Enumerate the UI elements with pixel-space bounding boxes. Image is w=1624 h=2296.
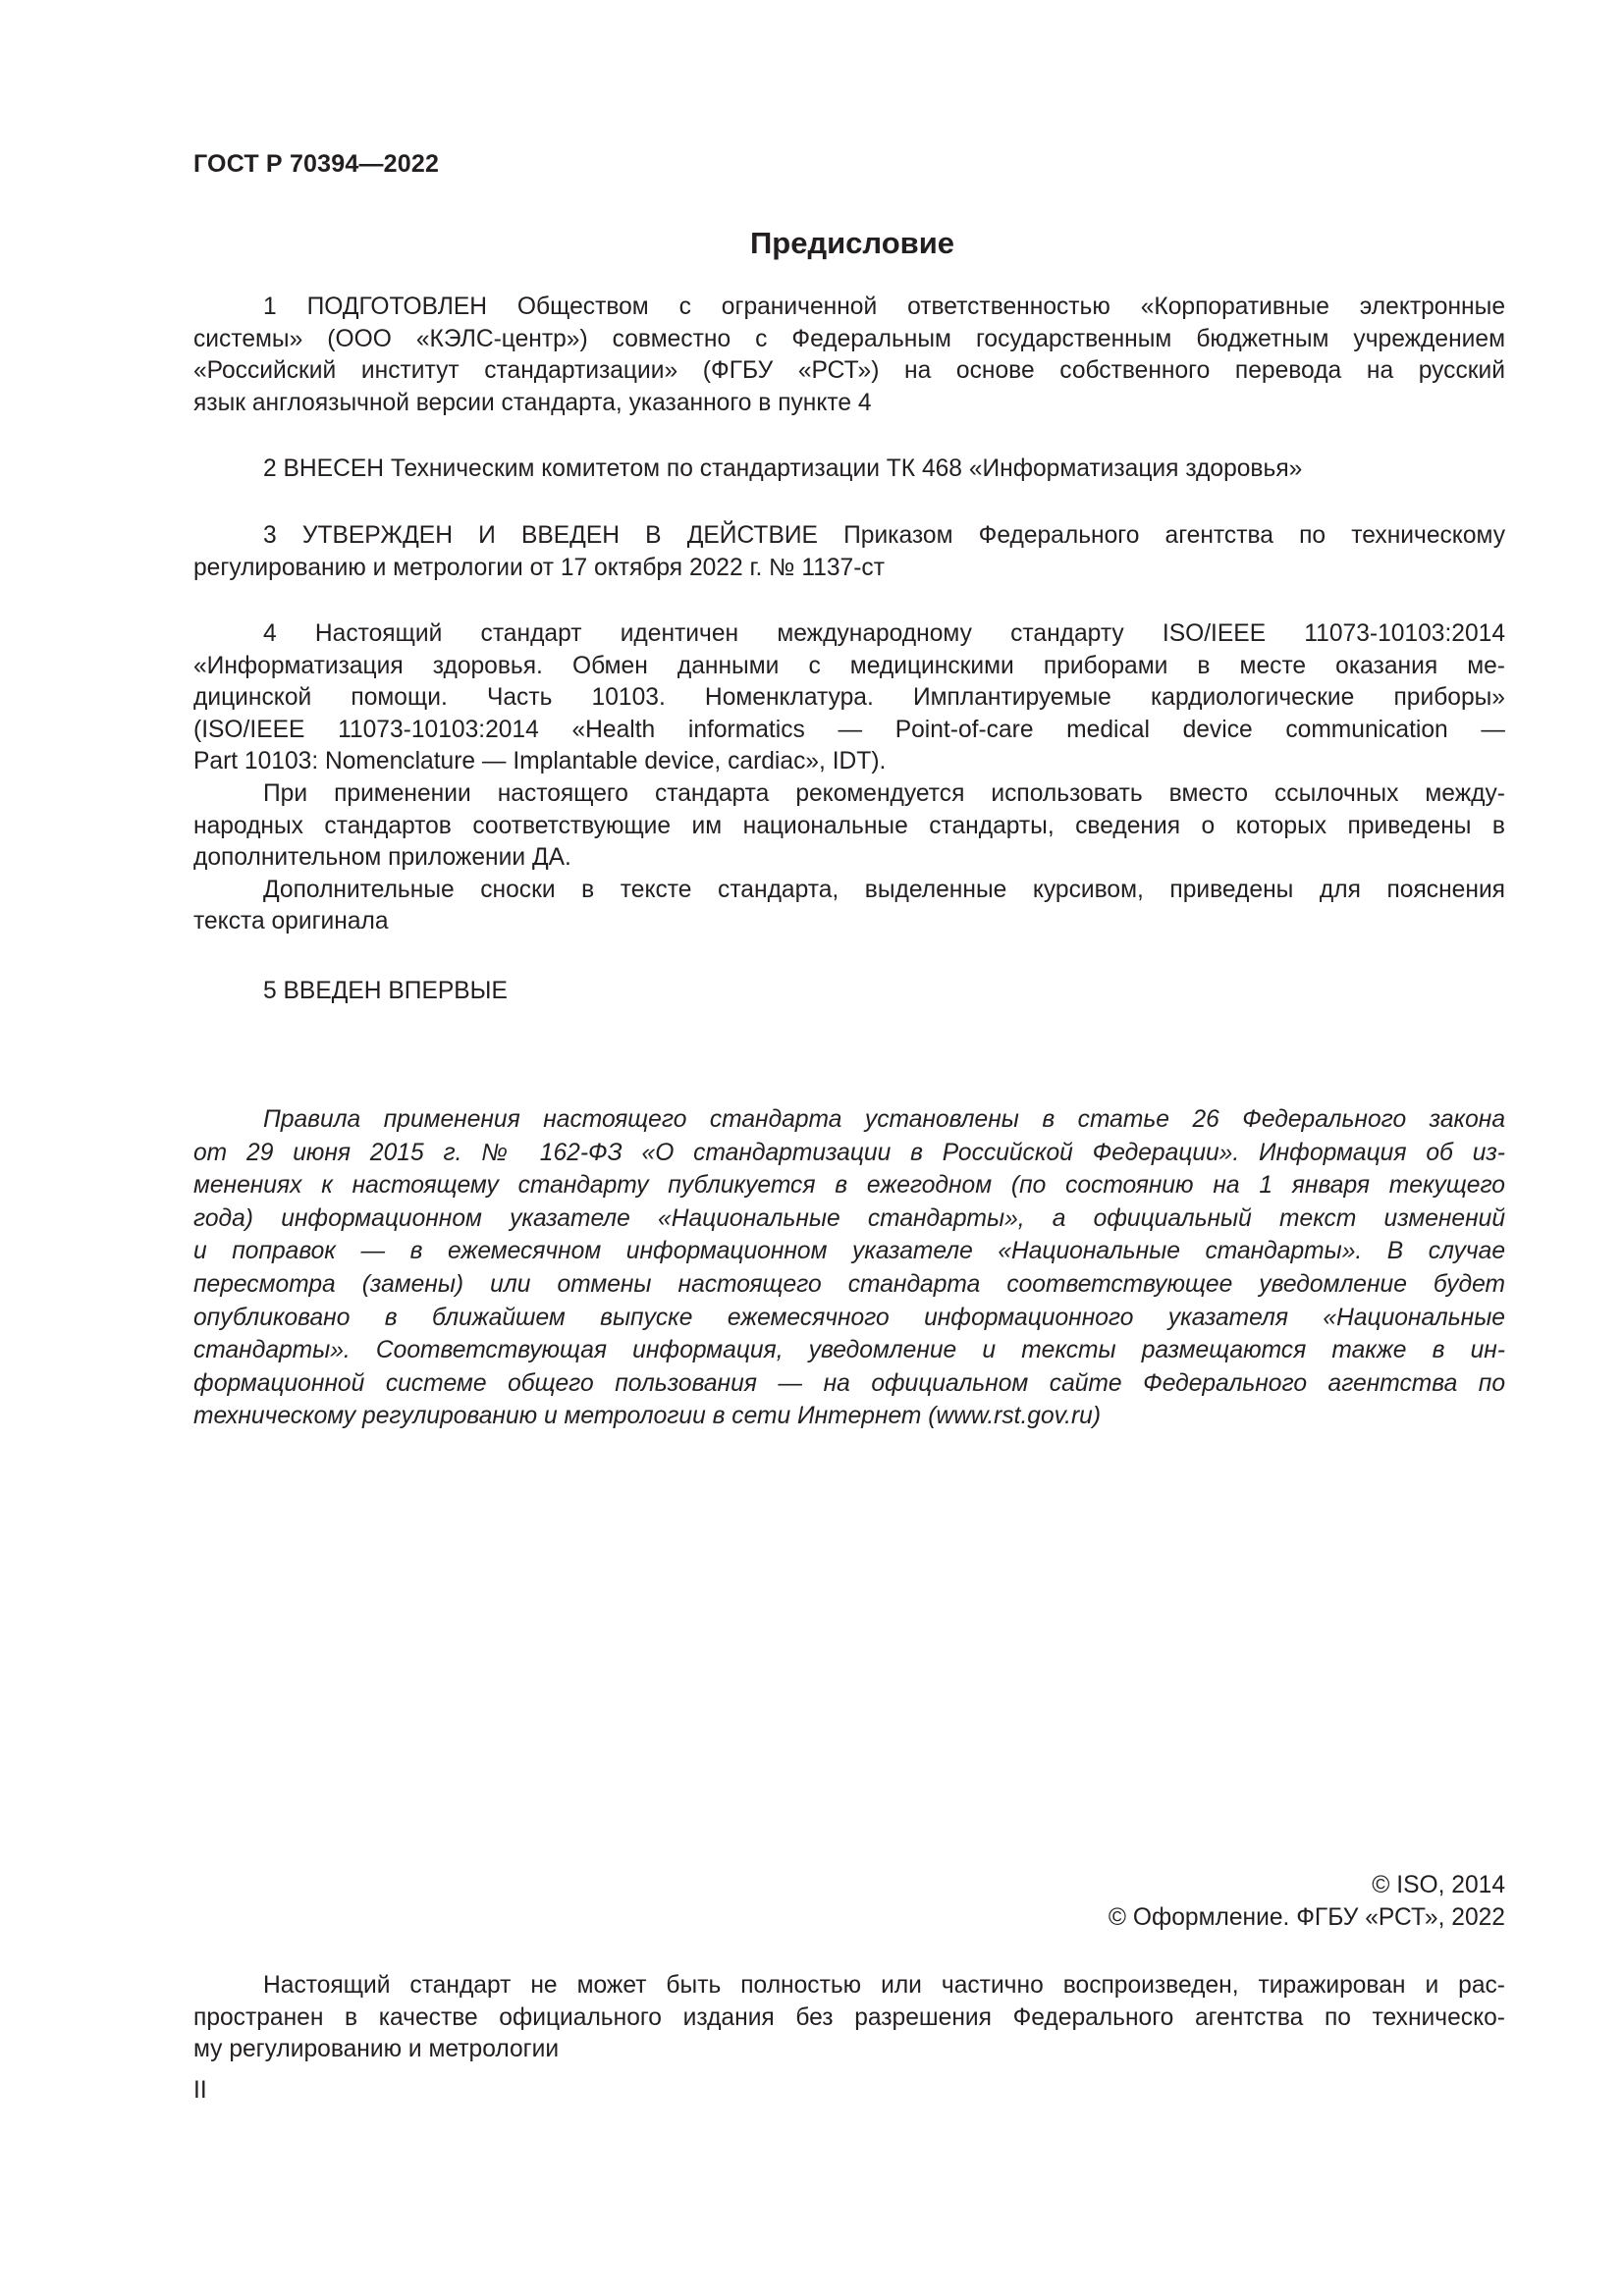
text-line: 5 ВВЕДЕН ВПЕРВЫЕ <box>193 976 1505 1008</box>
text-line: язык англоязычной версии стандарта, указ… <box>193 388 1505 420</box>
text-line: Дополнительные сноски в тексте стандарта… <box>193 875 1505 907</box>
text-line: от 29 июня 2015 г. № 162-ФЗ «О стандарти… <box>193 1137 1505 1170</box>
text-line: пересмотра (замены) или отмены настоящег… <box>193 1268 1505 1302</box>
text-line: текста оригинала <box>193 906 1505 938</box>
text-line: «Информатизация здоровья. Обмен данными … <box>193 651 1505 683</box>
text-line: регулированию и метрологии от 17 октября… <box>193 553 1505 585</box>
text-line: стандарты». Соответствующая информация, … <box>193 1334 1505 1367</box>
paragraph-prepared-by: 1 ПОДГОТОВЛЕН Обществом с ограниченной о… <box>193 292 1505 419</box>
paragraph-submitted-by: 2 ВНЕСЕН Техническим комитетом по станда… <box>193 454 1505 486</box>
text-line: дицинской помощи. Часть 10103. Номенклат… <box>193 682 1505 715</box>
document-page: ГОСТ Р 70394—2022 Предисловие 1 ПОДГОТОВ… <box>0 0 1624 2296</box>
section-title: Предисловие <box>193 225 1505 262</box>
text-line: 4 Настоящий стандарт идентичен междунаро… <box>193 618 1505 651</box>
text-line: Part 10103: Nomenclature — Implantable d… <box>193 746 1505 778</box>
text-line: менениях к настоящему стандарту публикуе… <box>193 1169 1505 1202</box>
copyright-block: © ISO, 2014 © Оформление. ФГБУ «РСТ», 20… <box>1109 1869 1505 1934</box>
text-line: 2 ВНЕСЕН Техническим комитетом по станда… <box>193 454 1505 486</box>
text-line: народных стандартов соответствующие им н… <box>193 811 1505 843</box>
text-line: системы» (ООО «КЭЛС-центр») совместно с … <box>193 324 1505 356</box>
text-line: и поправок — в ежемесячном информационно… <box>193 1235 1505 1268</box>
text-line: Настоящий стандарт не может быть полност… <box>193 1970 1505 2002</box>
reproduction-notice: Настоящий стандарт не может быть полност… <box>193 1970 1505 2066</box>
text-line: дополнительном приложении ДА. <box>193 842 1505 875</box>
text-line: 3 УТВЕРЖДЕН И ВВЕДЕН В ДЕЙСТВИЕ Приказом… <box>193 520 1505 553</box>
copyright-design: © Оформление. ФГБУ «РСТ», 2022 <box>1109 1901 1505 1934</box>
text-line: опубликовано в ближайшем выпуске ежемеся… <box>193 1302 1505 1335</box>
text-line: (ISO/IEEE 11073-10103:2014 «Health infor… <box>193 715 1505 747</box>
text-line: пространен в качестве официального издан… <box>193 2002 1505 2035</box>
paragraph-identical-standard: 4 Настоящий стандарт идентичен междунаро… <box>193 618 1505 938</box>
text-line: При применении настоящего стандарта реко… <box>193 778 1505 811</box>
text-line: «Российский институт стандартизации» (ФГ… <box>193 355 1505 388</box>
text-line: техническому регулированию и метрологии … <box>193 1400 1505 1433</box>
paragraph-approved: 3 УТВЕРЖДЕН И ВВЕДЕН В ДЕЙСТВИЕ Приказом… <box>193 520 1505 584</box>
rules-notice: Правила применения настоящего стандарта … <box>193 1103 1505 1433</box>
paragraph-first-introduced: 5 ВВЕДЕН ВПЕРВЫЕ <box>193 976 1505 1008</box>
text-line: 1 ПОДГОТОВЛЕН Обществом с ограниченной о… <box>193 292 1505 324</box>
text-line: му регулированию и метрологии <box>193 2034 1505 2066</box>
page-number: II <box>193 2076 207 2106</box>
text-line: формационной системе общего пользования … <box>193 1367 1505 1401</box>
document-code-header: ГОСТ Р 70394—2022 <box>193 149 439 179</box>
text-line: Правила применения настоящего стандарта … <box>193 1103 1505 1137</box>
text-line: года) информационном указателе «Национал… <box>193 1202 1505 1236</box>
copyright-iso: © ISO, 2014 <box>1109 1869 1505 1901</box>
